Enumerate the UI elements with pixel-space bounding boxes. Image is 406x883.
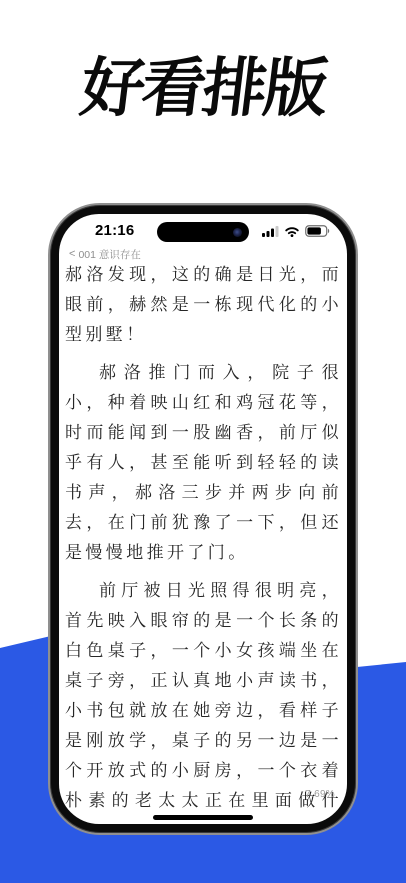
battery-icon: [305, 224, 330, 242]
status-time: 21:16: [95, 222, 134, 239]
back-chevron-icon[interactable]: <: [69, 249, 75, 260]
camera-dot-icon: [233, 228, 242, 237]
page-title: 好看排版: [0, 50, 406, 127]
reading-progress: 7.69%: [305, 789, 335, 800]
phone-screen: 21:16: [59, 214, 347, 824]
reader-content[interactable]: 郝洛发现，这的确是日光，而眼前，赫然是一栋现代化的小型别墅！ 郝洛推门而入，院子…: [65, 260, 342, 824]
screenshot-canvas: 好看排版 21:16: [0, 0, 406, 883]
home-indicator[interactable]: [153, 815, 253, 820]
reader-paragraph: 郝洛发现，这的确是日光，而眼前，赫然是一栋现代化的小型别墅！: [65, 260, 342, 350]
reader-paragraph: 前厅被日光照得很明亮，首先映入眼帘的是一个长条的白色桌子，一个小女孩端坐在桌子旁…: [65, 576, 342, 824]
signal-icon: [262, 224, 279, 242]
phone-mockup: 21:16: [48, 203, 358, 835]
wifi-icon: [284, 224, 300, 242]
status-icons: [262, 224, 330, 242]
reader-paragraph: 郝洛推门而入，院子很小，种着映山红和鸡冠花等，时而能闻到一股幽香，前厅似乎有人，…: [65, 358, 342, 568]
dynamic-island: [157, 222, 249, 242]
